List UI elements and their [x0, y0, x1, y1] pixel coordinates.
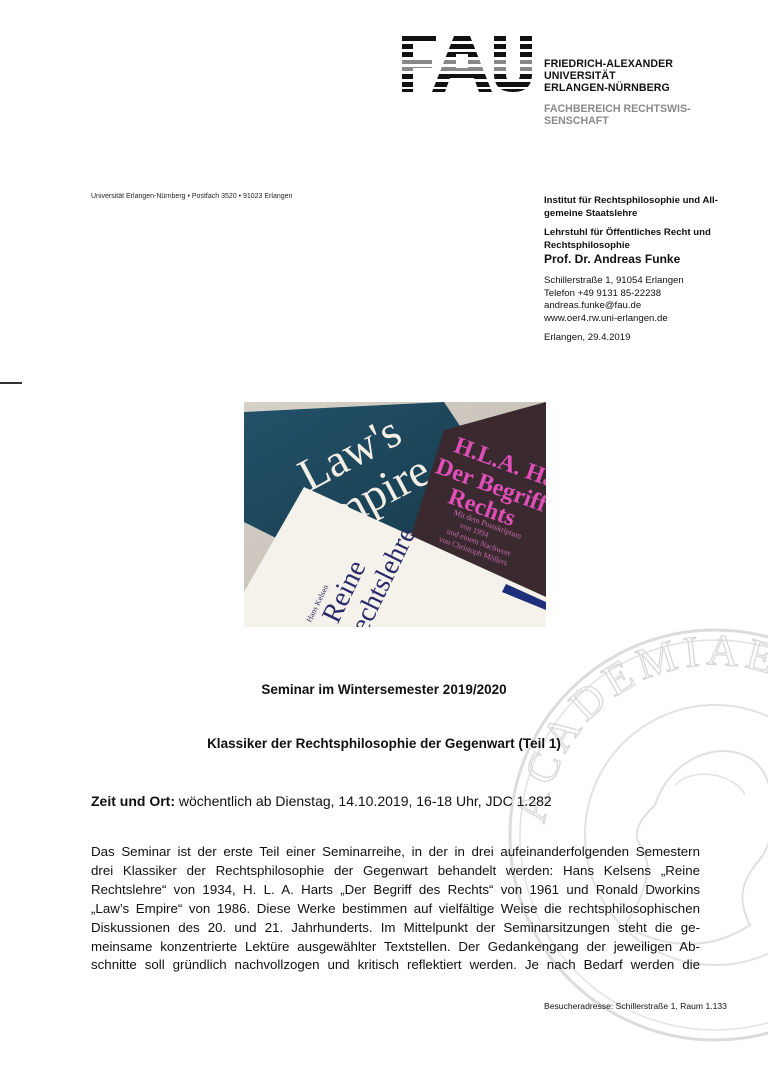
faculty-name-line: SENSCHAFT: [544, 115, 691, 127]
fau-logo-mark: [402, 36, 534, 92]
faculty-name-line: FACHBEREICH RECHTSWIS-: [544, 103, 691, 115]
faculty-name: FACHBEREICH RECHTSWIS- SENSCHAFT: [544, 103, 691, 127]
phone-number: Telefon +49 9131 85-22238: [544, 288, 754, 301]
institute-line: gemeine Staatslehre: [544, 208, 754, 221]
professor-name: Prof. Dr. Andreas Funke: [544, 252, 754, 266]
contact-info-block: Institut für Rechtsphilosophie und All- …: [544, 195, 754, 345]
university-name-line: UNIVERSITÄT: [544, 70, 744, 82]
time-and-place-label: Zeit und Ort:: [91, 793, 175, 809]
books-illustration: Law's Empire H.L.A. Hart Der Begriff des…: [244, 402, 546, 627]
letter-date: Erlangen, 29.4.2019: [544, 332, 754, 345]
paragraph-line: schnitte soll gründlich nachvollzogen un…: [91, 956, 700, 975]
chair-line: Rechtsphilosophie: [544, 240, 754, 253]
paragraph-line: Diskussionen des 20. und 21. Jahrhundert…: [91, 919, 700, 938]
chair-line: Lehrstuhl für Öffentliches Recht und: [544, 227, 754, 240]
fold-mark: [0, 382, 22, 384]
university-name-line: ERLANGEN-NÜRNBERG: [544, 82, 744, 94]
website-link[interactable]: www.oer4.rw.uni-erlangen.de: [544, 313, 754, 326]
visitor-address: Besucheradresse: Schillerstraße 1, Raum …: [544, 1001, 727, 1011]
paragraph-line: „Law’s Empire“ von 1986. Diese Werke bes…: [91, 900, 700, 919]
email-address[interactable]: andreas.funke@fau.de: [544, 300, 754, 313]
paragraph-line: Das Seminar ist der erste Teil einer Sem…: [91, 843, 700, 862]
time-and-place-value: wöchentlich ab Dienstag, 14.10.2019, 16-…: [175, 793, 552, 809]
university-name-line: FRIEDRICH-ALEXANDER: [544, 58, 744, 70]
seminar-description: Das Seminar ist der erste Teil einer Sem…: [91, 843, 700, 975]
time-and-place: Zeit und Ort: wöchentlich ab Dienstag, 1…: [91, 793, 552, 809]
paragraph-line: meinsame konzentrierte Lektüre ausgewähl…: [91, 938, 700, 957]
institute-line: Institut für Rechtsphilosophie und All-: [544, 195, 754, 208]
university-name: FRIEDRICH-ALEXANDER UNIVERSITÄT ERLANGEN…: [544, 58, 744, 94]
seminar-semester-heading: Seminar im Wintersemester 2019/2020: [0, 682, 768, 697]
street-address: Schillerstraße 1, 91054 Erlangen: [544, 275, 754, 288]
sender-address-line: Universität Erlangen-Nürnberg • Postfach…: [91, 193, 292, 200]
seminar-title-heading: Klassiker der Rechtsphilosophie der Gege…: [0, 736, 768, 751]
books-photo: Law's Empire H.L.A. Hart Der Begriff des…: [244, 402, 546, 627]
paragraph-line: Rechtslehre“ von 1934, H. L. A. Harts „D…: [91, 881, 700, 900]
paragraph-line: drei Klassiker der Rechtsphilosophie der…: [91, 862, 700, 881]
